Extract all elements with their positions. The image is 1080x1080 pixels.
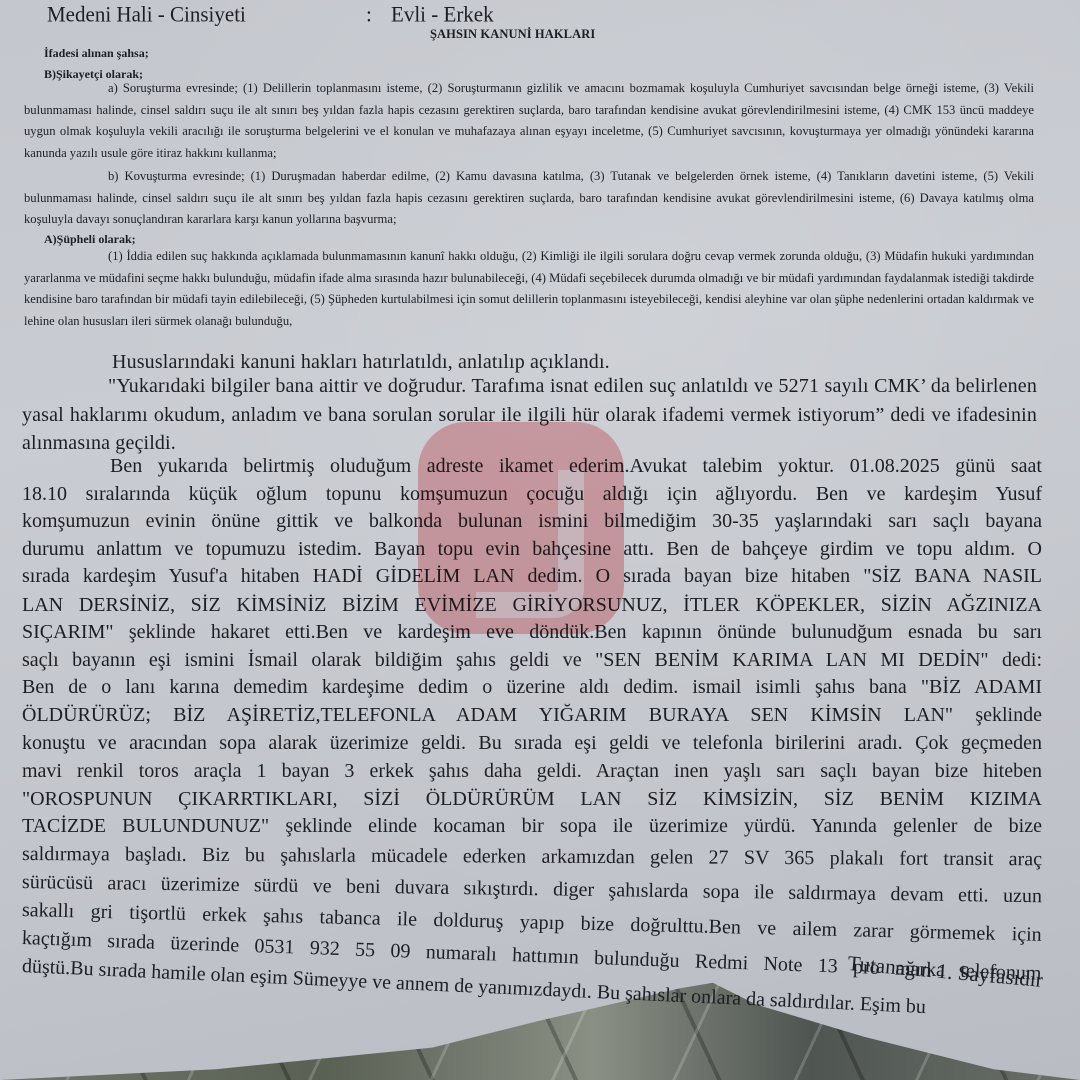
statement-line: "OROSPUNUN ÇIKARRTIKLARI, SİZİ ÖLDÜRÜRÜM… <box>22 788 1042 811</box>
marital-status-value: Evli - Erkek <box>391 1 494 27</box>
watermark-logo-icon <box>418 422 624 634</box>
complainant-rights-prosecution: b) Kovuşturma evresinde; (1) Duruşmadan … <box>24 166 1034 231</box>
field-separator: : <box>366 1 372 27</box>
section-title: ŞAHSIN KANUNİ HAKLARI <box>430 27 595 42</box>
suspect-heading: A)Şüpheli olarak; <box>44 232 136 247</box>
complainant-rights-prosecution-text: b) Kovuşturma evresinde; (1) Duruşmadan … <box>24 169 1034 226</box>
marital-status-label: Medeni Hali - Cinsiyeti <box>47 1 246 27</box>
document-photo: Medeni Hali - Cinsiyeti : Evli - Erkek Ş… <box>0 0 1080 1080</box>
statement-line: konuştu ve aracından sopa alarak üzerimi… <box>22 732 1042 755</box>
statement-line: ÖLDÜRÜRÜZ; BİZ AŞİRETİZ,TELEFONLA ADAM Y… <box>22 704 1042 727</box>
rights-intro: İfadesi alınan şahsa; <box>44 46 149 61</box>
complainant-rights-investigation: a) Soruşturma evresinde; (1) Delillerin … <box>24 78 1034 164</box>
suspect-rights-text: (1) İddia edilen suç hakkında açıklamada… <box>24 249 1034 328</box>
statement-line: Ben de o lanı karına demedim kardeşime d… <box>22 676 1042 699</box>
complainant-rights-investigation-text: a) Soruşturma evresinde; (1) Delillerin … <box>24 81 1034 160</box>
watermark-glyph-icon <box>476 470 584 618</box>
suspect-rights: (1) İddia edilen suç hakkında açıklamada… <box>24 246 1034 332</box>
rights-reminder: Hususlarındaki kanuni hakları hatırlatıl… <box>112 351 610 374</box>
statement-line: TACİZDE BULUNDUNUZ" şeklinde elinde koca… <box>22 815 1042 838</box>
statement-line: saçlı bayanın eşi ismini İsmail olarak b… <box>22 649 1042 672</box>
statement-line: mavi renkil toros araçla 1 bayan 3 erkek… <box>22 760 1042 783</box>
